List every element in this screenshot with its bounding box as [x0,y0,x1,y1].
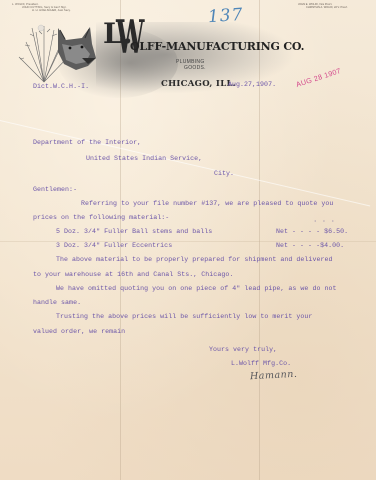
paper-crease [0,120,370,206]
recipient-line: City. [214,170,234,177]
item-price: Net - - - -$4.00. [276,242,344,249]
salutation: Gentlemen:- [33,186,77,193]
body-text-line: The above material to be properly prepar… [56,256,332,263]
typewriter-specks: • • • [314,220,336,224]
recipient-line: United States Indian Service, [86,155,202,162]
letter-page: L. WOLFF, President. JOHN CUTTING, Secy … [0,0,376,480]
officer-line: H. H. HOELSCHER, Asst Secy. [12,9,71,12]
body-text-line: to your warehouse at 16th and Canal Sts.… [33,271,233,278]
recipient-line: Department of the Interior, [33,139,141,146]
item-description: 3 Doz. 3/4" Fuller Eccentrics [56,242,172,249]
item-price: Net - - - - $6.50. [276,228,348,235]
dictation-reference: Dict.W.C.H.-I. [33,83,89,90]
body-text-line: handle same. [33,299,81,306]
company-tagline: PLUMBING GOODS. [176,59,206,71]
officer-line: CHRISTIAN A. WOLFF, 2d V. Pres't. [298,6,348,9]
company-name: OLFF-MANUFACTURING CO. [130,40,304,53]
signed-company: L.Wolff Mfg.Co. [231,360,291,367]
officers-list-left: L. WOLFF, President. JOHN CUTTING, Secy … [12,3,71,13]
received-date-stamp: AUG 28 1907 [295,66,342,89]
closing: Yours very truly, [209,346,277,353]
company-city: CHICAGO, ILL. [161,79,236,89]
body-text-line: We have omitted quoting you on one piece… [56,285,336,292]
handwritten-signature: Hamann. [250,369,298,382]
body-text-line: prices on the following material:- [33,214,169,221]
logo-letter: W [116,14,144,60]
item-description: 5 Doz. 3/4" Fuller Ball stems and balls [56,228,212,235]
body-text-line: Trusting the above prices will be suffic… [56,313,312,320]
body-text-line: valued order, we remain [33,328,125,335]
wolf-head-icon [52,24,98,76]
letter-date: Aug.27,1907. [228,81,276,88]
body-text-line: Referring to your file number #137, we a… [81,200,333,207]
tagline-line: GOODS. [176,65,206,71]
officers-list-right: JOHN E. WOLFF, Vice Pres't. CHRISTIAN A.… [298,3,348,9]
